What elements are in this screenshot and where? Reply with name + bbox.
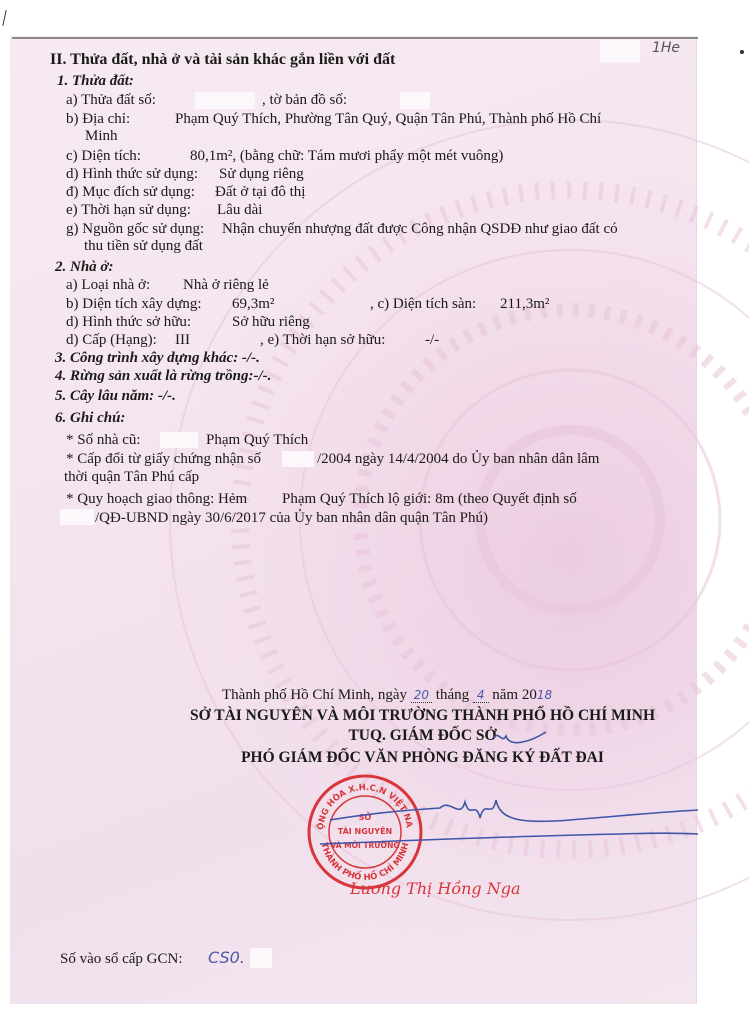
grade-value: III [175,331,190,349]
redacted-registry-number [250,948,272,968]
production-forest: 4. Rừng sản xuất là rừng trồng:-/-. [55,367,271,385]
origin-value: Nhận chuyển nhượng đất được Công nhận QS… [222,220,618,238]
term-label: e) Thời hạn sử dụng: [66,201,191,219]
redacted-old-house-number [160,432,198,448]
notes-heading: 6. Ghi chú: [55,409,125,427]
redacted-block [600,40,640,62]
planning-note-b: Phạm Quý Thích lộ giới: 8m (theo Quyết đ… [282,490,577,508]
redacted-map-sheet [400,92,430,109]
position-title: PHÓ GIÁM ĐỐC VĂN PHÒNG ĐĂNG KÝ ĐẤT ĐAI [150,749,695,767]
old-house-value: Phạm Quý Thích [206,431,308,449]
ownership-label: d) Hình thức sở hữu: [66,313,191,331]
address-value: Phạm Quý Thích, Phường Tân Quý, Quận Tân… [175,110,601,128]
area-value: 80,1m², (bằng chữ: Tám mươi phẩy một mét… [190,147,503,165]
parcel-label: a) Thửa đất số: [66,91,156,109]
origin-value-cont: thu tiền sử dụng đất [84,237,203,255]
map-sheet-label: , tờ bản đồ số: [262,91,347,109]
floor-area-label: , c) Diện tích sàn: [370,295,476,313]
build-area-label: b) Diện tích xây dựng: [66,295,202,313]
perennial-trees: 5. Cây lâu năm: -/-. [55,387,176,405]
scan-dot [740,50,744,54]
planning-note: * Quy hoạch giao thông: Hẻm [66,490,247,508]
redacted-certificate-number [282,451,314,467]
signer-name: Lương Thị Hồng Nga [350,880,521,898]
date-day: 20 [411,688,432,703]
purpose-label: đ) Mục đích sử dụng: [66,183,195,201]
usage-form-value: Sử dụng riêng [219,165,304,183]
origin-label: g) Nguồn gốc sử dụng: [66,220,204,238]
issuing-org: SỞ TÀI NGUYÊN VÀ MÔI TRƯỜNG THÀNH PHỐ HỒ… [150,707,695,725]
house-type-label: a) Loại nhà ở: [66,276,150,294]
corner-note: 1He [652,40,680,56]
redacted-parcel-number [195,92,255,109]
year-label: năm 20 [492,687,537,703]
term-value: Lâu dài [217,201,262,219]
ownership-term-value: -/- [425,331,439,349]
place-date-prefix: Thành phố Hồ Chí Minh, ngày [222,687,407,703]
purpose-value: Đất ở tại đô thị [215,183,305,201]
house-type-value: Nhà ở riêng lẻ [183,276,269,294]
build-area-value: 69,3m² [232,295,274,313]
place-date: Thành phố Hồ Chí Minh, ngày 20 tháng 4 n… [222,686,552,704]
usage-form-label: d) Hình thức sử dụng: [66,165,198,183]
top-rule [12,37,698,39]
scan-tick [2,10,6,26]
date-year-suffix: 18 [537,688,552,702]
floor-area-value: 211,3m² [500,295,549,313]
redacted-decision-number [60,509,94,525]
registry-value: CS0. [208,948,245,967]
other-construction: 3. Công trình xây dựng khác: -/-. [55,349,260,367]
reissue-note-cont: thời quận Tân Phú cấp [64,468,199,486]
reissue-note: * Cấp đổi từ giấy chứng nhận số [66,450,261,468]
house-heading: 2. Nhà ở: [55,258,113,276]
planning-note-cont: /QĐ-UBND ngày 30/6/2017 của Ủy ban nhân … [95,509,488,527]
reissue-note-b: /2004 ngày 14/4/2004 do Ủy ban nhân dân … [317,450,599,468]
handwritten-signature [320,790,700,850]
month-label: tháng [436,687,469,703]
address-label: b) Địa chỉ: [66,110,130,128]
registry-label: Số vào sổ cấp GCN: [60,950,183,968]
date-month: 4 [473,688,489,703]
ownership-term-label: , e) Thời hạn sở hữu: [260,331,385,349]
grade-label: d) Cấp (Hạng): [66,331,157,349]
on-behalf: TUQ. GIÁM ĐỐC SỞ [150,727,695,745]
section-title: II. Thửa đất, nhà ở và tài sản khác gắn … [50,51,395,69]
area-label: c) Diện tích: [66,147,141,165]
old-house-label: * Số nhà cũ: [66,431,141,449]
land-heading: 1. Thửa đất: [57,72,134,90]
address-value-cont: Minh [85,127,118,145]
ownership-value: Sở hữu riêng [232,313,310,331]
